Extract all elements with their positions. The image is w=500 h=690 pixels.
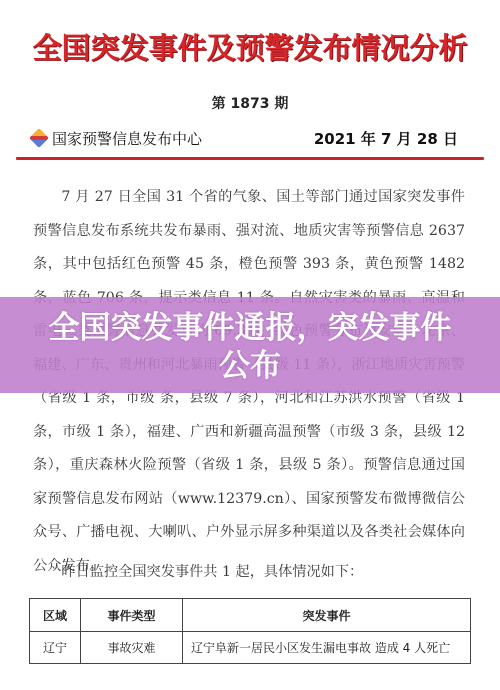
summary-line: 昨日监控全国突发事件共 1 起，具体情况如下： xyxy=(33,556,465,589)
issue-date: 2021 年 7 月 28 日 xyxy=(314,128,458,149)
overlay-headline: 全国突发事件通报，突发事件公布 xyxy=(40,309,460,385)
document-title: 全国突发事件及预警发布情况分析 xyxy=(0,26,500,67)
header-region: 区域 xyxy=(30,599,81,632)
cell-event-type: 事故灾难 xyxy=(81,632,183,664)
organization-name: 国家预警信息发布中心 xyxy=(52,128,202,149)
cell-region: 辽宁 xyxy=(30,632,81,664)
table-header-row: 区域 事件类型 突发事件 xyxy=(30,599,471,632)
header-event-type: 事件类型 xyxy=(81,599,183,632)
cell-event: 辽宁阜新一居民小区发生漏电事故 造成 4 人死亡 xyxy=(183,632,471,664)
red-divider xyxy=(16,157,484,160)
table-row: 辽宁 事故灾难 辽宁阜新一居民小区发生漏电事故 造成 4 人死亡 xyxy=(30,632,471,664)
event-table: 区域 事件类型 突发事件 辽宁 事故灾难 辽宁阜新一居民小区发生漏电事故 造成 … xyxy=(29,598,471,664)
header-event: 突发事件 xyxy=(183,599,471,632)
diamond-logo-icon xyxy=(29,128,49,148)
issue-number: 第 1873 期 xyxy=(0,93,500,113)
header-row: 国家预警信息发布中心 2021 年 7 月 28 日 xyxy=(32,128,468,152)
